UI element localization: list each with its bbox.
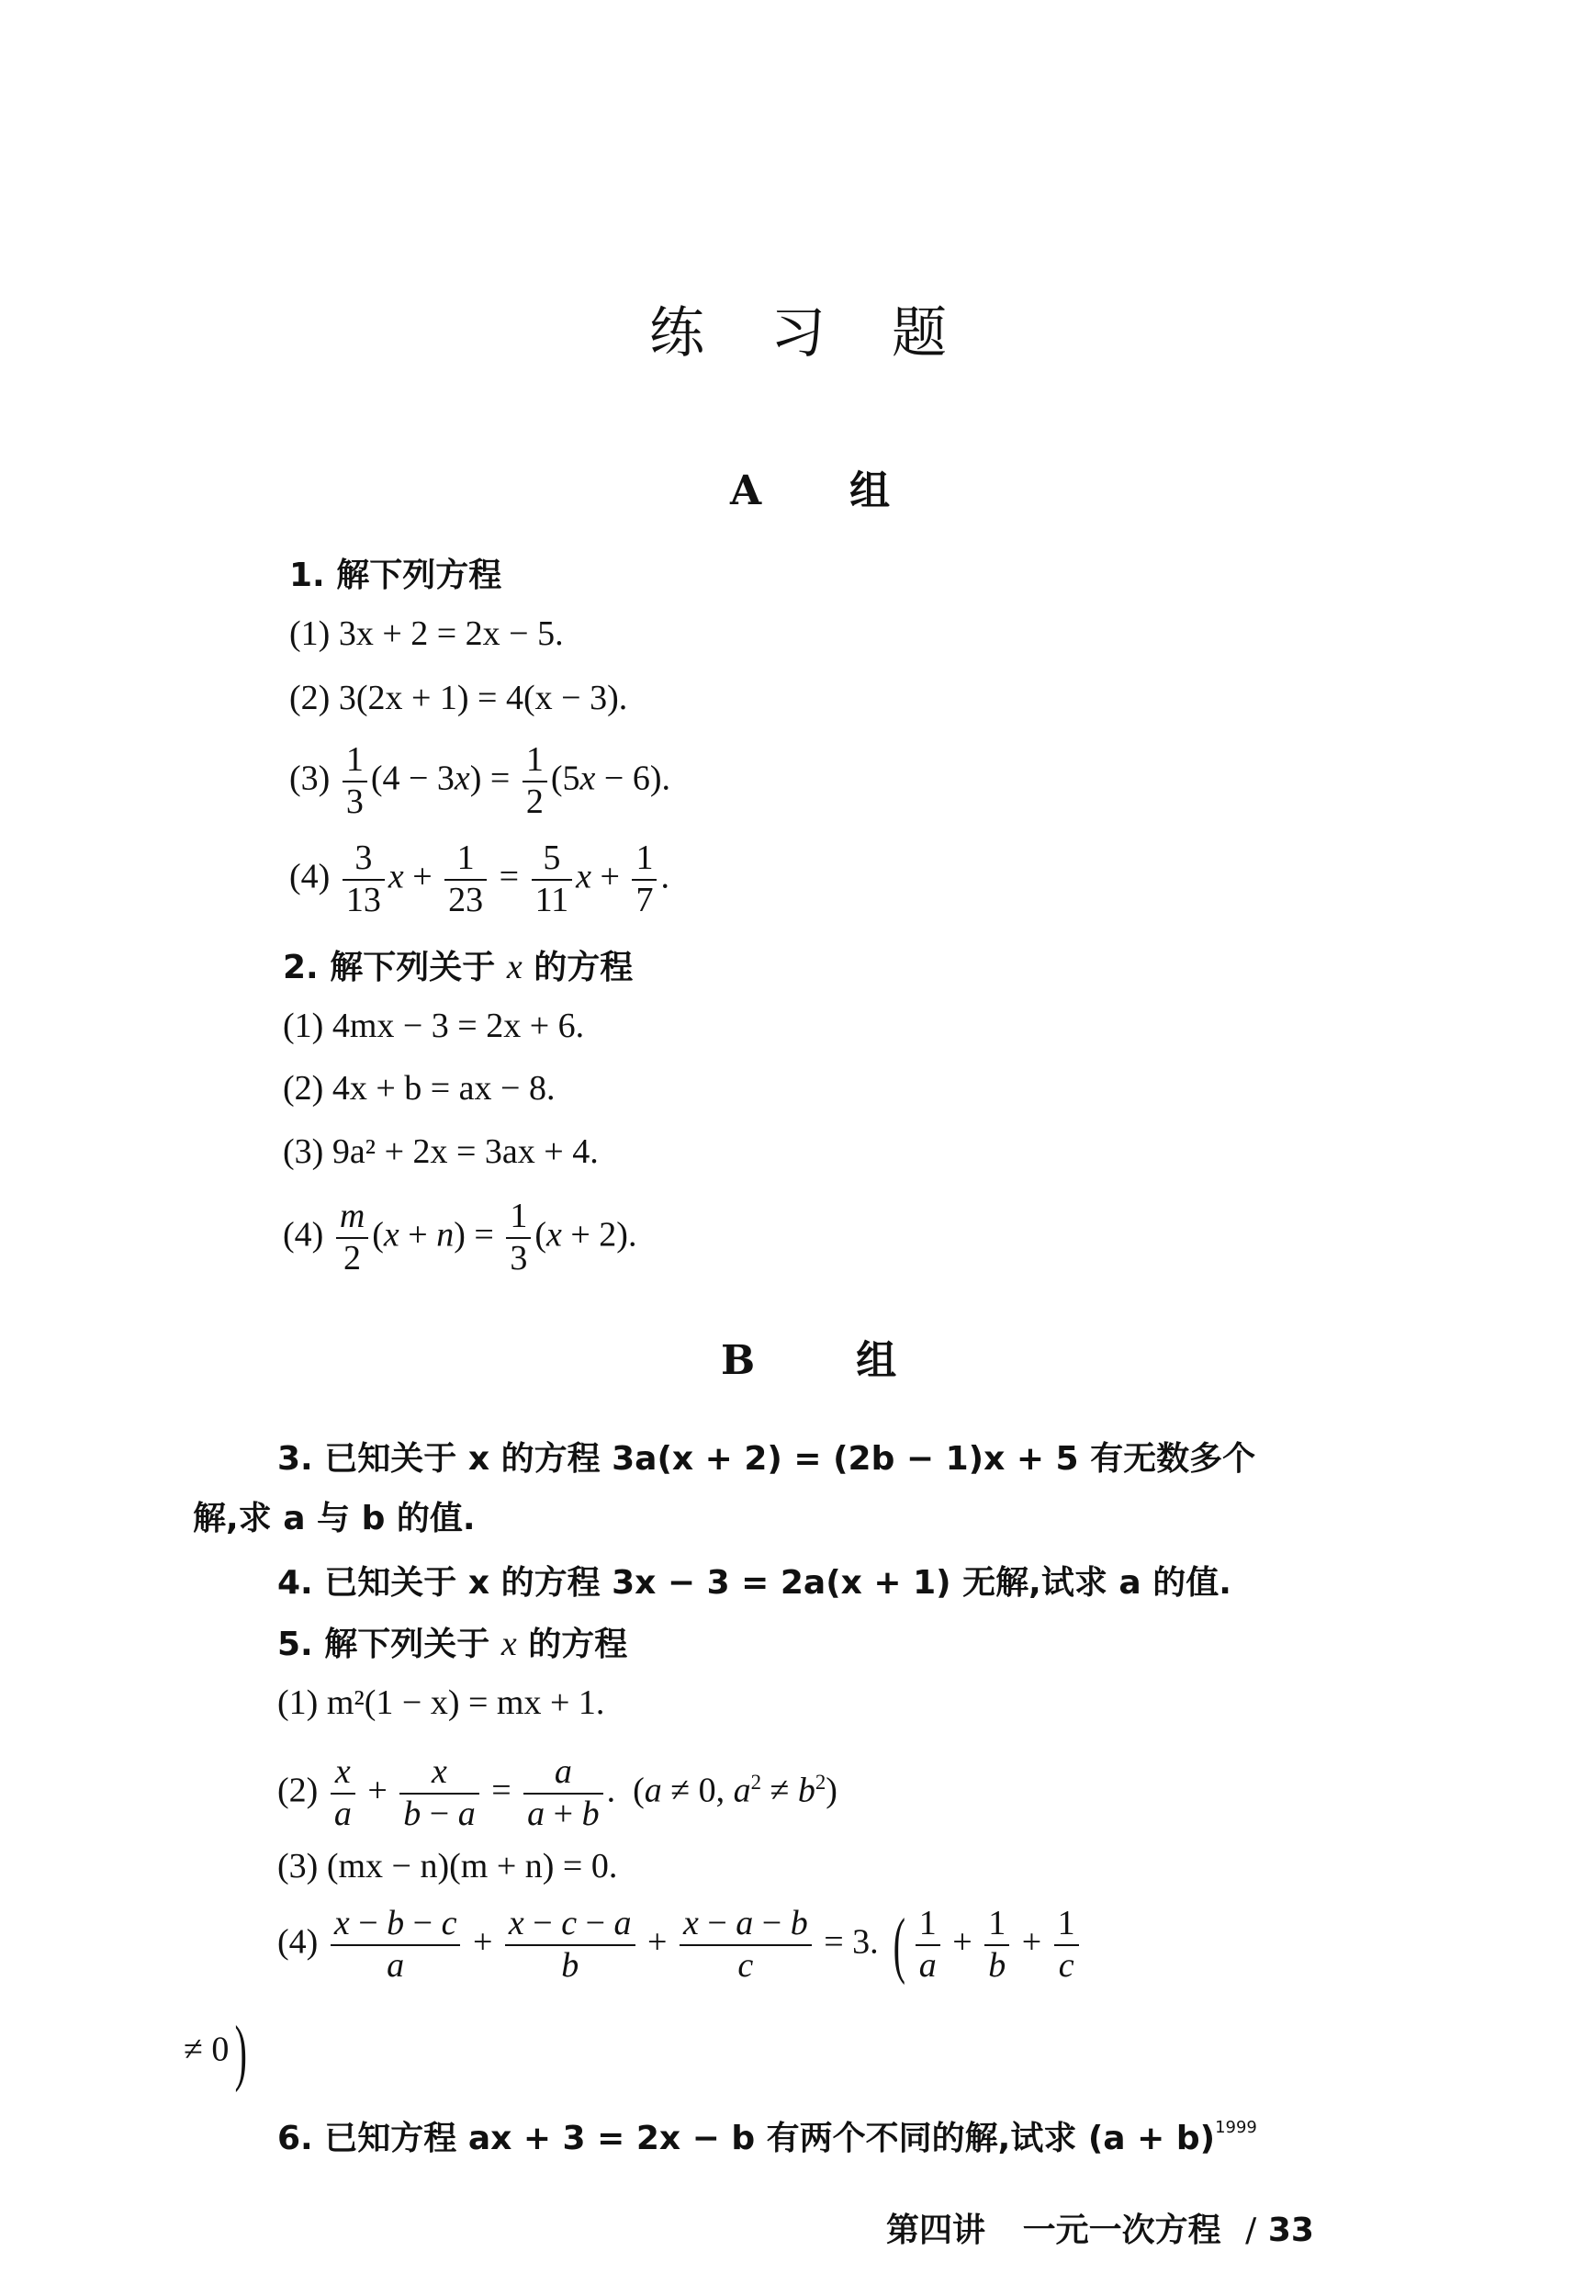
fraction: x − c − ab <box>505 1906 635 1985</box>
question-1-heading: 1. 解下列方程 <box>289 549 501 596</box>
fraction: xa <box>331 1754 355 1833</box>
q2-item-1: (1) 4mx − 3 = 2x + 6. <box>283 1006 584 1046</box>
separator: / <box>1245 2212 1256 2249</box>
item-label: (2) <box>283 1069 323 1108</box>
denominator: 3 <box>343 782 367 821</box>
equation: 4x + b = ax − 8. <box>332 1069 556 1108</box>
group-label: 组 <box>849 457 890 516</box>
q2-item-3: (3) 9a² + 2x = 3ax + 4. <box>283 1131 599 1172</box>
q5-item-4-cont: ≠ 0) <box>184 2016 253 2089</box>
question-prompt: 的方程 <box>534 949 633 986</box>
q1-item-2: (2) 3(2x + 1) = 4(x − 3). <box>289 678 627 718</box>
group-label: 组 <box>856 1327 896 1386</box>
item-label: (3) <box>289 760 330 798</box>
q5-item-2: (2) xa + xb − a = aa + b. (a ≠ 0, a2 ≠ b… <box>277 1754 837 1833</box>
fraction: 1a <box>916 1906 940 1985</box>
question-number: 3. <box>277 1440 313 1478</box>
fraction: 1c <box>1054 1906 1079 1985</box>
fraction: 13 <box>343 742 367 821</box>
numerator: 1 <box>523 742 547 782</box>
numerator: m <box>336 1199 368 1239</box>
denominator: 2 <box>336 1239 368 1277</box>
page-footer: 第四讲 一元一次方程 / 33 <box>886 2204 1314 2251</box>
denominator: 3 <box>506 1239 531 1277</box>
variable: x <box>501 1625 517 1663</box>
denominator: 23 <box>444 881 487 919</box>
question-number: 2. <box>283 949 319 986</box>
question-3: 3. 已知关于 x 的方程 3a(x + 2) = (2b − 1)x + 5 … <box>277 1433 1255 1480</box>
fraction: 511 <box>532 840 573 919</box>
item-label: (1) <box>277 1683 318 1722</box>
question-number: 6. <box>277 2120 313 2157</box>
question-prompt: 解下列关于 <box>324 1626 489 1663</box>
title-char: 练 <box>649 289 704 368</box>
question-6: 6. 已知方程 ax + 3 = 2x − b 有两个不同的解,试求 (a + … <box>277 2112 1257 2159</box>
equation: 4mx − 3 = 2x + 6. <box>332 1007 584 1045</box>
paren: ) <box>235 2016 247 2089</box>
question-5-heading: 5. 解下列关于 x 的方程 <box>277 1618 627 1665</box>
q5-item-4: (4) x − b − ca + x − c − ab + x − a − bc… <box>277 1906 1083 1985</box>
fraction: 123 <box>444 840 487 919</box>
item-label: (3) <box>277 1847 318 1885</box>
question-prompt: 解下列方程 <box>336 557 501 594</box>
chapter-label: 第四讲 <box>886 2212 985 2249</box>
expr: − 6). <box>595 760 670 798</box>
title-char: 题 <box>892 289 947 368</box>
page-title: 练习题 <box>0 289 1596 368</box>
variable: x <box>507 948 523 986</box>
question-prompt: 解下列关于 <box>330 949 495 986</box>
paren: ( <box>894 1908 905 1982</box>
equation: 3x + 2 = 2x − 5. <box>339 614 564 653</box>
equation: 3(2x + 1) = 4(x − 3). <box>339 679 627 717</box>
numerator: 1 <box>506 1199 531 1239</box>
q2-item-4: (4) m2(x + n) = 13(x + 2). <box>283 1199 636 1277</box>
numerator: 3 <box>343 840 385 881</box>
numerator: 5 <box>532 840 573 881</box>
page-number: 33 <box>1268 2212 1314 2249</box>
q1-item-4: (4) 313x + 123 = 511x + 17. <box>289 840 669 919</box>
q5-item-1: (1) m²(1 − x) = mx + 1. <box>277 1683 604 1723</box>
group-letter: A <box>730 467 761 514</box>
question-number: 1. <box>289 557 325 594</box>
denominator: 2 <box>523 782 547 821</box>
question-prompt: 的方程 <box>528 1626 627 1663</box>
group-b-heading: B组 <box>721 1327 896 1386</box>
q2-item-2: (2) 4x + b = ax − 8. <box>283 1068 555 1109</box>
title-char: 习 <box>770 289 826 368</box>
denominator: 7 <box>632 881 657 919</box>
question-text: 解,求 a 与 b 的值. <box>193 1500 476 1537</box>
group-letter: B <box>721 1337 755 1384</box>
item-label: (2) <box>277 1772 318 1810</box>
fraction: m2 <box>336 1199 368 1277</box>
fraction: 1b <box>984 1906 1009 1985</box>
fraction: aa + b <box>523 1754 602 1833</box>
question-number: 5. <box>277 1626 313 1663</box>
fraction: 313 <box>343 840 385 919</box>
expr: (5 <box>551 760 580 798</box>
equation: m²(1 − x) = mx + 1. <box>327 1683 605 1722</box>
item-label: (2) <box>289 679 330 717</box>
fraction: 12 <box>523 742 547 821</box>
q1-item-1: (1) 3x + 2 = 2x − 5. <box>289 613 564 654</box>
item-label: (4) <box>289 858 330 896</box>
item-label: (1) <box>283 1007 323 1045</box>
question-text: 已知关于 x 的方程 3a(x + 2) = (2b − 1)x + 5 有无数… <box>324 1440 1255 1478</box>
question-3-cont: 解,求 a 与 b 的值. <box>193 1492 476 1539</box>
fraction: x − b − ca <box>331 1906 461 1985</box>
numerator: 1 <box>343 742 367 782</box>
denominator: 11 <box>532 881 573 919</box>
item-label: (4) <box>283 1216 323 1255</box>
q5-item-3: (3) (mx − n)(m + n) = 0. <box>277 1846 617 1886</box>
question-number: 4. <box>277 1564 313 1602</box>
exponent: 1999 <box>1215 2118 1257 2137</box>
fraction: 17 <box>632 840 657 919</box>
fraction: xb − a <box>399 1754 478 1833</box>
equation: (mx − n)(m + n) = 0. <box>327 1847 618 1885</box>
numerator: 1 <box>632 840 657 881</box>
numerator: 1 <box>444 840 487 881</box>
q1-item-3: (3) 13(4 − 3x) = 12(5x − 6). <box>289 742 670 821</box>
question-2-heading: 2. 解下列关于 x 的方程 <box>283 941 633 988</box>
fraction: 13 <box>506 1199 531 1277</box>
chapter-topic: 一元一次方程 <box>1023 2212 1221 2249</box>
group-a-heading: A组 <box>730 457 890 516</box>
question-text: 已知关于 x 的方程 3x − 3 = 2a(x + 1) 无解,试求 a 的值… <box>324 1564 1231 1602</box>
item-label: (4) <box>277 1923 318 1962</box>
question-4: 4. 已知关于 x 的方程 3x − 3 = 2a(x + 1) 无解,试求 a… <box>277 1557 1231 1604</box>
item-label: (1) <box>289 614 330 653</box>
expr: ) = <box>470 760 519 798</box>
fraction: x − a − bc <box>680 1906 812 1985</box>
equation: 9a² + 2x = 3ax + 4. <box>332 1132 599 1171</box>
expr: (4 − 3 <box>371 760 455 798</box>
question-text: 已知方程 ax + 3 = 2x − b 有两个不同的解,试求 (a + b) <box>324 2120 1215 2157</box>
denominator: 13 <box>343 881 385 919</box>
item-label: (3) <box>283 1132 323 1171</box>
